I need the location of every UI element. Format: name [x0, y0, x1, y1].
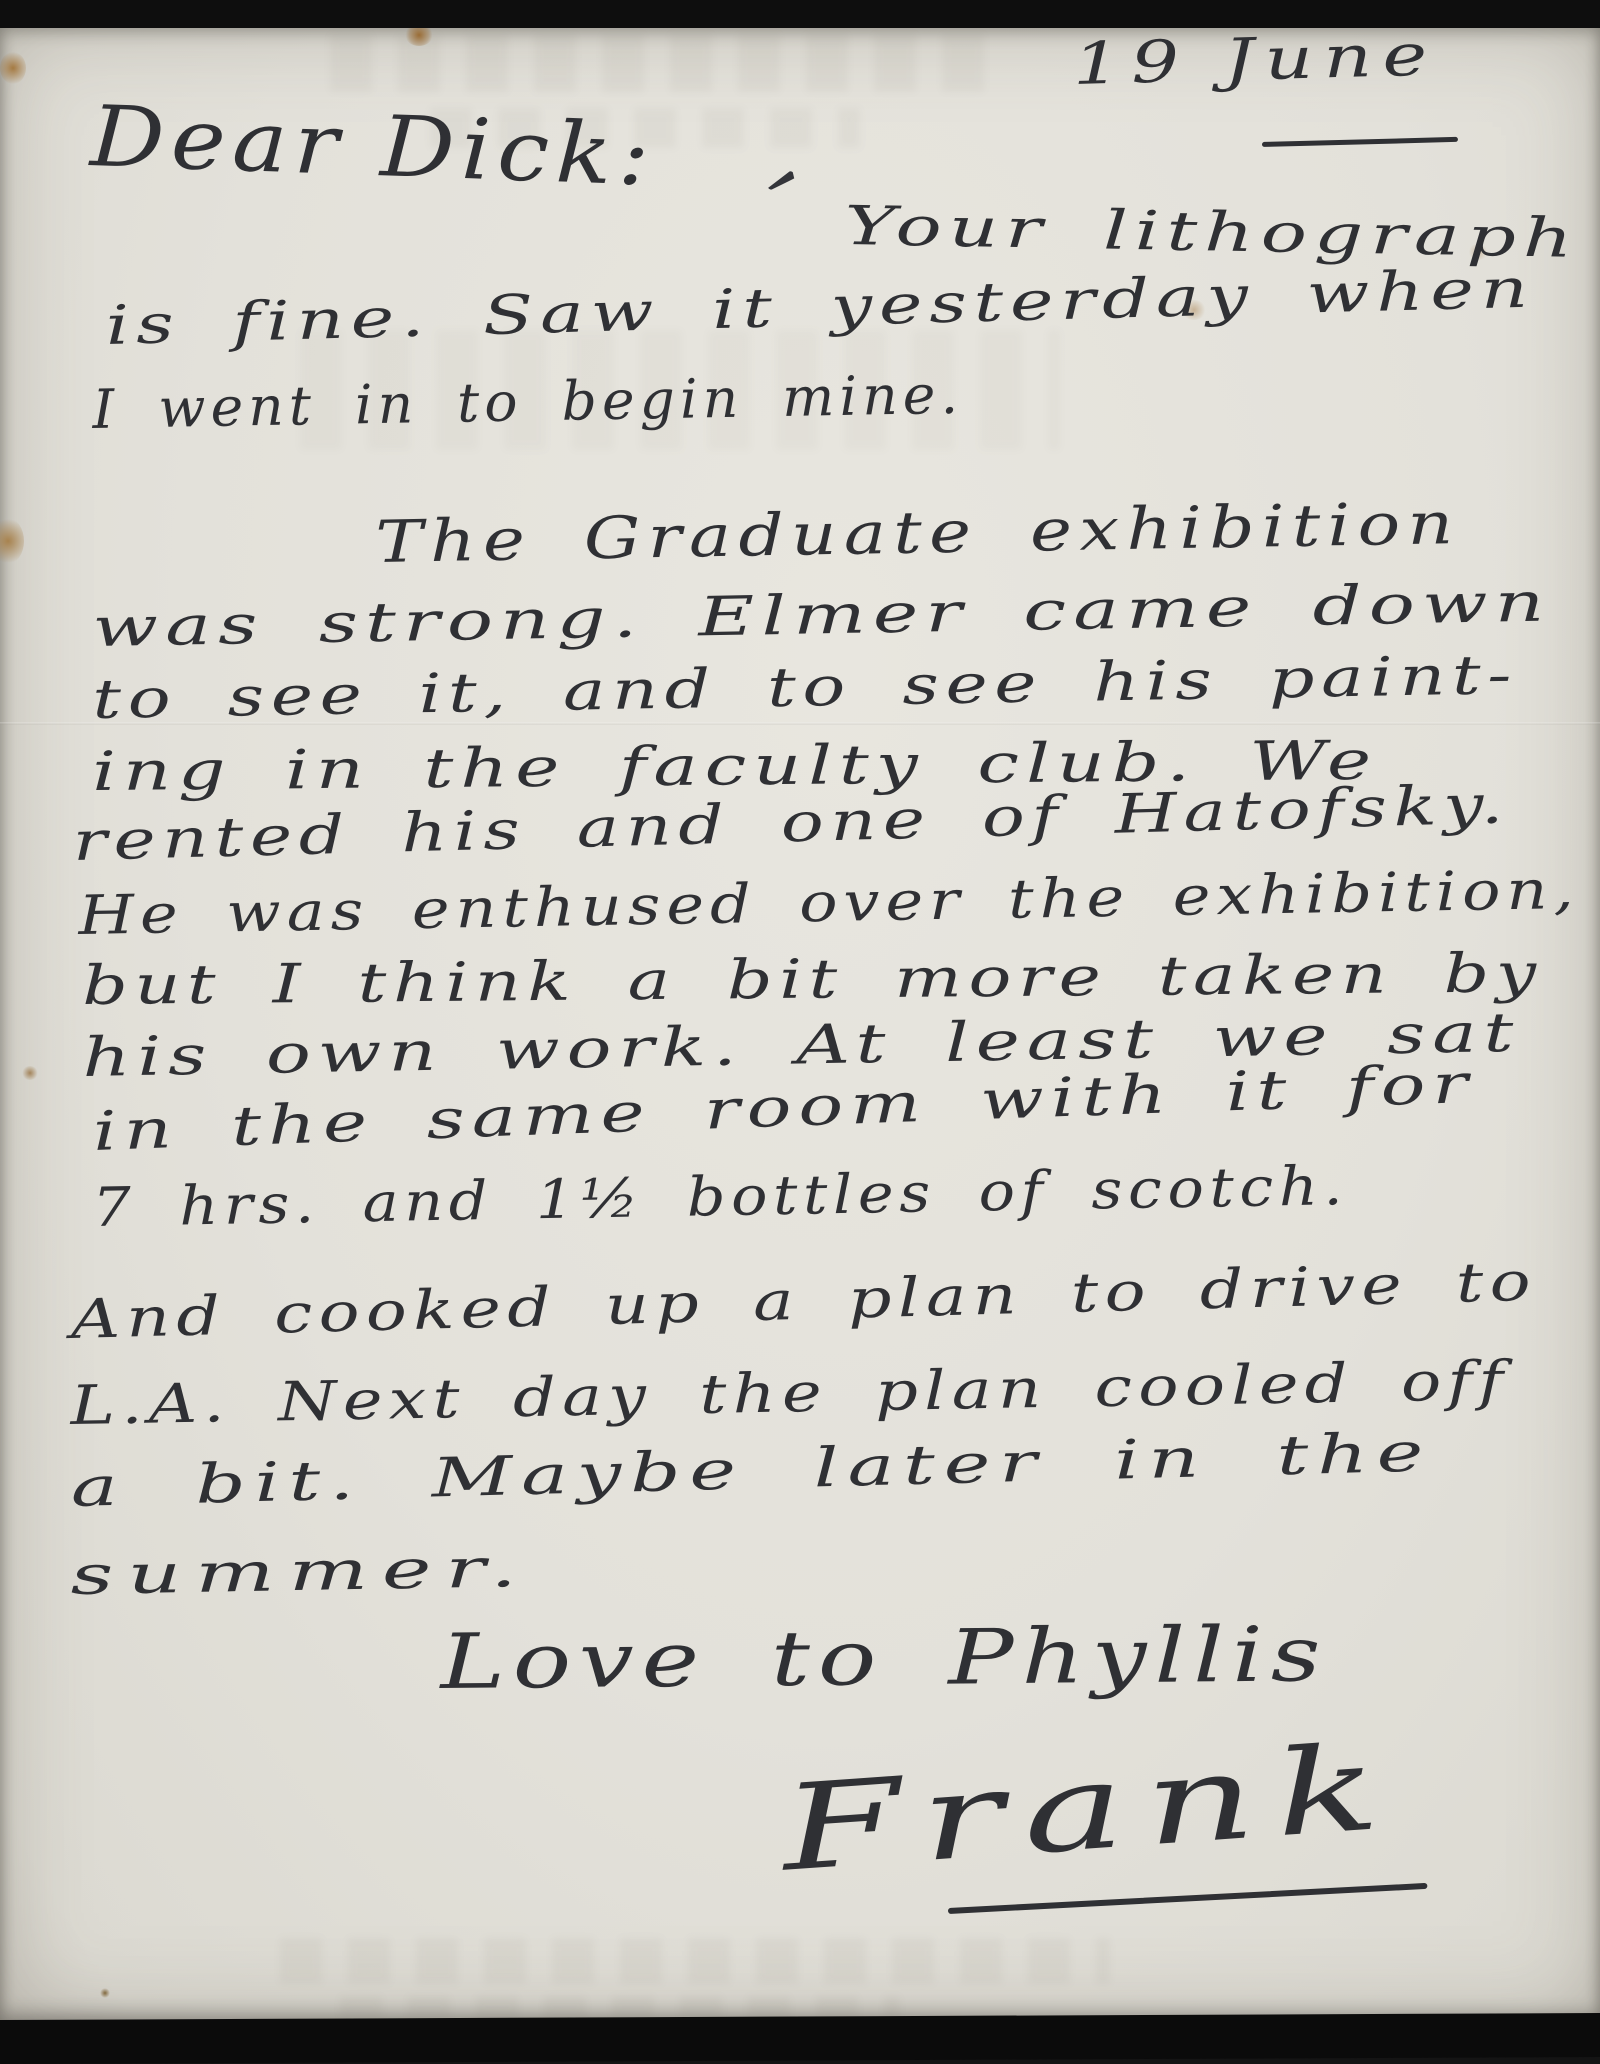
- body-line-17: summer.: [70, 1540, 531, 1605]
- salutation: Dear Dick:: [89, 92, 658, 200]
- stain-spot-left-upper: [0, 52, 26, 84]
- photo-black-border-bottom: [0, 2013, 1600, 2064]
- date-text: 19 June: [1072, 24, 1438, 94]
- closing-text: Love to Phyllis: [440, 1614, 1329, 1702]
- ghost-letterhead-bottom-line1: [280, 1938, 1110, 1984]
- ghost-letterhead-bottom-line2: [340, 1996, 900, 2018]
- stain-spot-left-lower: [22, 1066, 38, 1080]
- body-line-3: I went in to begin mine.: [92, 367, 964, 439]
- stain-speck-bottom-left: [100, 1988, 110, 1998]
- body-line-1: Your lithograph: [844, 198, 1580, 268]
- photo-black-border-top: [0, 0, 1600, 28]
- scanned-letter-photo: 19 June Dear Dick: Your lithograph is fi…: [0, 0, 1600, 2064]
